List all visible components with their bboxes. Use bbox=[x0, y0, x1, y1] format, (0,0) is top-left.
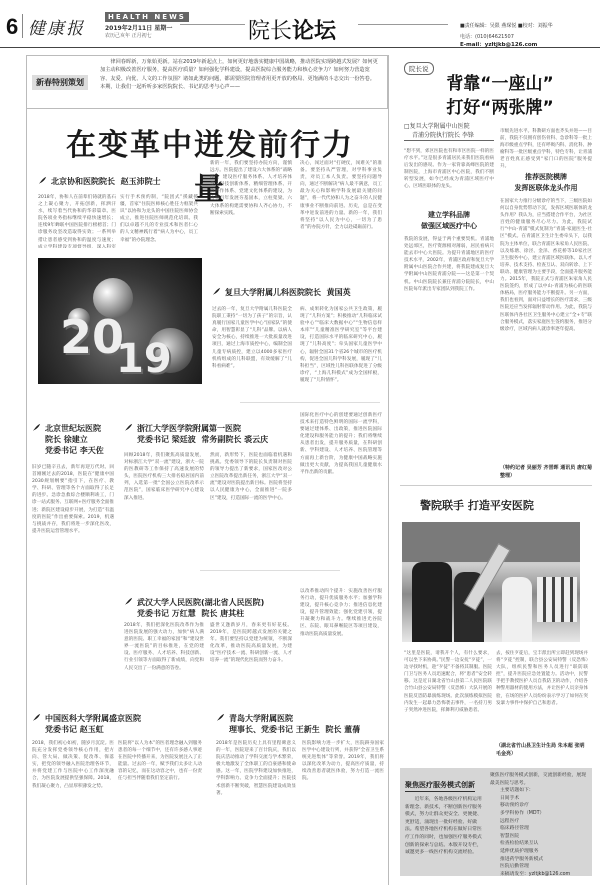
article-text: 回顾2018年，我们聚焦高质量发展，对标浙江大学“双一流”建设，浙大一院的医教研… bbox=[124, 452, 204, 562]
article-credit: （湖北省竹山县卫生计生局 朱本超 张明 毛金亮） bbox=[496, 742, 588, 758]
hospital-name: 中国医科大学附属盛京医院 bbox=[45, 714, 141, 723]
person-name: 黄国英 bbox=[327, 288, 351, 297]
topic-item: 远程医疗 bbox=[490, 818, 588, 826]
masthead-rule-left bbox=[180, 24, 245, 25]
masthead-bottom-rule bbox=[0, 47, 600, 48]
subheading: 建立学科品牌 做强区域医疗中心 bbox=[404, 210, 494, 232]
person-name: 院长 徐建立 bbox=[32, 435, 88, 444]
publication-date: 2019年2月11日 星期一 bbox=[105, 23, 172, 32]
security-drill-photo bbox=[402, 522, 580, 642]
person-name: 常务副院长 裘云庆 bbox=[201, 435, 268, 444]
article-text: “这里是医院，请我开个人，有什么要求，可以坐下来协商。”民警一边安抚“歹徒”，一… bbox=[404, 650, 492, 764]
right-headline: 背靠“一座山” 打好“两张牌” bbox=[410, 72, 590, 120]
divider bbox=[404, 140, 494, 141]
article-text: 盛世又逢新岁月，春来更有好花枝。2019年，是医院跨越式发展的关键之年。我们要坚… bbox=[210, 622, 292, 684]
article-text: 市级先进水平。科教研方面也齐头并进——目前，我院不仅拥有创伤骨科、急诊科等一批上… bbox=[500, 128, 592, 168]
divider bbox=[400, 485, 592, 486]
lunar-date: 农历己亥年 正月初七 bbox=[105, 32, 152, 39]
quill-icon bbox=[32, 423, 41, 432]
police-officer bbox=[412, 562, 452, 642]
section-title-a: 院长 bbox=[248, 19, 292, 44]
topic-item: 临床路径管理 bbox=[490, 825, 588, 833]
article-text: 以改革推动四个提升：实施改善医疗服务行动，提升优质服务水平；加强学科建设，提升核… bbox=[300, 588, 382, 684]
subheading-line: 建立学科品牌 bbox=[404, 210, 494, 221]
article-credit: （特约记者 吴丽芳 齐晋晖 通讯员 唐红菊 整理） bbox=[500, 464, 592, 480]
medical-staff bbox=[502, 577, 532, 642]
police-headline: 警院联手 打造平安医院 bbox=[420, 497, 590, 513]
solicitation-intro: 近年来，各地各级医疗机构运用新理念、新技术，不断创新医疗服务模式，努力让群众更安… bbox=[405, 796, 485, 872]
topic-item: 智慧医院 bbox=[490, 833, 588, 841]
special-plan-tag: 新春特别策划 bbox=[32, 75, 88, 90]
quill-icon bbox=[124, 423, 133, 432]
subheading-line: 推荐医院模牌 bbox=[500, 172, 592, 183]
article-byline-fudan-children: 复旦大学附属儿科医院院长 黄国英 bbox=[212, 287, 351, 298]
section-title: 院长论坛 bbox=[248, 14, 336, 45]
masthead-divider bbox=[22, 14, 23, 38]
right-byline: □复旦大学附属中山医院 青浦分院执行院长 李锋 bbox=[404, 122, 474, 140]
byline-person: 青浦分院执行院长 李锋 bbox=[404, 131, 474, 140]
feature-frame-right bbox=[388, 55, 389, 885]
article-text: 2018，我们初心如初，随岁月沉淀。医院充分发挥党委领导核心作用，把方向、管大局… bbox=[32, 740, 114, 880]
subheading: 推荐医院模牌 发挥医联体龙头作用 bbox=[500, 172, 592, 194]
new-year-2019-image: 20 19 bbox=[38, 258, 202, 384]
article-text: 2018年，协和人在前辈们铸就的基石之上凝心聚力，开拓创新，挥洒汗水，续写着当代… bbox=[38, 194, 116, 248]
topic-item: 移动预约诊疗 bbox=[490, 802, 588, 810]
quill-icon bbox=[38, 176, 47, 185]
topics-label: 主要话题如下： bbox=[490, 787, 588, 795]
editor-credits: ■责任编辑：吴限 燕琛悦 ■校对：刘振华 bbox=[460, 22, 553, 29]
hospital-name: 北京世纪坛医院 bbox=[45, 424, 101, 433]
person-name: 院长 唐其柱 bbox=[201, 609, 244, 618]
article-text: “想不到，郊区医院也有和市区医院一样的医疗水平。”这是很多青浦居民来我们医院看病… bbox=[404, 148, 494, 208]
article-text: 2018年，我们把深化医院改革作为推进医院发展的强大动力，加快“病人满意的医院、… bbox=[124, 622, 204, 684]
article-text: 国际化医疗中心的创建要通过创新医疗技术来打造特色鲜明的国际一流学科，要通过建体系… bbox=[300, 412, 382, 482]
article-text: 旧岁已随辛丑去，新年再迎万代时。回首刚刚过去的2018，医院在“健康中国2030… bbox=[32, 464, 114, 682]
section-title-b: 论坛 bbox=[292, 19, 336, 44]
divider bbox=[240, 402, 380, 403]
hospital-name: 复旦大学附属儿科医院院长 bbox=[225, 288, 321, 297]
masthead-rule-right bbox=[358, 24, 448, 25]
person-name: 赵玉沛院士 bbox=[121, 177, 161, 186]
topic-item: 检查检验结果互认 bbox=[490, 840, 588, 848]
article-text: 新的一年，我们要坚持办院方向，谨慎远方。医院提出了建设六大体系的“战略图”，建设… bbox=[210, 160, 292, 232]
quill-icon bbox=[32, 713, 41, 722]
page-number: 6 bbox=[6, 14, 18, 40]
headline-line: 背靠“一座山” bbox=[410, 72, 590, 96]
quill-icon bbox=[212, 287, 221, 296]
intro-text: 律回春晖新，万象始更新。站在2019年新起点上，如何更好地落实健康中国战略，推动… bbox=[100, 58, 380, 92]
topic-item: 延伸优质护理服务 bbox=[490, 848, 588, 856]
article-byline-zju-first: 浙江大学医学院附属第一医院 党委书记 梁廷波 常务副院长 裘云庆 bbox=[124, 423, 268, 445]
article-text: 病、成果转化为国家公共卫生政策，履现了“儿科方案”；积极推动“儿科临床试验中心”… bbox=[300, 306, 382, 398]
article-byline-wuhan: 武汉大学人民医院(湖北省人民医院) 党委书记 万红慧 院长 唐其柱 bbox=[124, 597, 264, 619]
topic-item: 日间手术 bbox=[490, 795, 588, 803]
quill-icon bbox=[216, 713, 225, 722]
article-text: 过去的一年，复旦大学附属儿科医院全院职工秉持“一切为了孩子”的宗旨，认真履行国家… bbox=[212, 306, 292, 398]
submission-email[interactable]: 来稿请发至：yzltjkb@126.com bbox=[490, 871, 588, 879]
health-news-badge: HEALTH NEWS bbox=[105, 12, 189, 22]
headline-line: 打好“两张牌” bbox=[410, 96, 590, 120]
article-text: 决心，闯过面对“打硬仗，闯难关”的准备。要坚持从严管理，对学科事业负责，对员工本… bbox=[300, 160, 382, 232]
solicitation-lead: 聚焦医疗服务模式创新，交流创新经验，展现最美医院与思考。 bbox=[490, 772, 588, 787]
solicitation-title: 聚焦医疗服务模式创新 bbox=[405, 780, 475, 792]
article-byline-shijitan: 北京世纪坛医院 院长 徐建立 党委书记 李天佐 bbox=[32, 423, 104, 456]
article-byline-shengjing: 中国医科大学附属盛京医院 党委书记 赵玉虹 bbox=[32, 713, 141, 735]
article-byline-qingdao: 青岛大学附属医院 理事长、党委书记 王新生 院长 董蒨 bbox=[216, 713, 360, 735]
topic-item: 多学科协作（MDT） bbox=[490, 810, 588, 818]
hospital-name: 浙江大学医学院附属第一医院 bbox=[137, 424, 241, 433]
article-byline-pumch: 北京协和医院院长 赵玉沛院士 bbox=[38, 176, 161, 187]
hospital-name: 青岛大学附属医院 bbox=[229, 714, 293, 723]
feature-frame-left bbox=[26, 55, 27, 885]
person-name: 党委书记 李天佐 bbox=[32, 446, 104, 455]
person-name: 院长 董蒨 bbox=[325, 725, 360, 734]
year-number: 19 bbox=[116, 336, 172, 382]
onlookers bbox=[537, 577, 577, 622]
person-name: 党委书记 赵玉虹 bbox=[32, 725, 104, 734]
article-text: 去，按住歹徒后，宝丰派出所立即赶到现场并将“歹徒”控制，联合县公安局特警（反恐怖… bbox=[496, 650, 588, 746]
article-text: 医院将“以人为本”的医者理念融入到服务患者的每一个细节中，还有许多感人事迹在医院… bbox=[118, 740, 202, 880]
person-name: 理事长、党委书记 王新生 bbox=[216, 725, 320, 734]
subheading-line: 做强区域医疗中心 bbox=[404, 221, 494, 232]
hospital-name: 武汉大学人民医院(湖北省人民医院) bbox=[137, 598, 264, 607]
hospital-name: 北京协和医院院长 bbox=[51, 177, 115, 186]
year-number: 20 bbox=[60, 310, 124, 364]
article-text: 然而，新形势下，医院也面临着机遇和挑战。党委领导下的院长负责制对医院的领导力提出… bbox=[210, 452, 292, 562]
solicitation-list: 聚焦医疗服务模式创新，交流创新经验，展现最美医院与思考。 主要话题如下： 日间手… bbox=[490, 772, 588, 878]
subheading-line: 发挥医联体龙头作用 bbox=[500, 183, 592, 194]
byline-org: □复旦大学附属中山医院 bbox=[404, 122, 474, 131]
quill-icon bbox=[124, 597, 133, 606]
telephone: 电话：(010)64621507 bbox=[460, 33, 514, 40]
newspaper-logo: 健康报 bbox=[28, 14, 85, 39]
divider bbox=[200, 570, 340, 571]
article-text: 我院的发展，得益于两个重要契机。青浦地处远郊区，医疗资源相对薄弱，居民看病只能去… bbox=[404, 236, 494, 480]
article-text: 2018年是医院历史上具有里程碑意义的一年，医院迎来了百廿院庆，我们以院庆活动推… bbox=[216, 740, 296, 880]
article-text: 实行手术预约制，“院团式”援藏援疆，首家“住院医师核心胜任力框架共识”以协和为龙… bbox=[120, 194, 198, 248]
article-text: 在国家大力推行分级诊疗的当下，三级医院如何以自身优势带动下沉，发挥区域医联体的龙… bbox=[500, 198, 592, 456]
article-text: 医院影响力进一步扩大，医院跻身国家医学中心建设行列，并获得“全省卫生系统先进集体… bbox=[302, 740, 384, 880]
topic-item: 医院后勤管理 bbox=[490, 863, 588, 871]
topic-item: 推进药学服务新模式 bbox=[490, 856, 588, 864]
person-name: 党委书记 万红慧 bbox=[124, 609, 196, 618]
person-name: 党委书记 梁廷波 bbox=[124, 435, 196, 444]
